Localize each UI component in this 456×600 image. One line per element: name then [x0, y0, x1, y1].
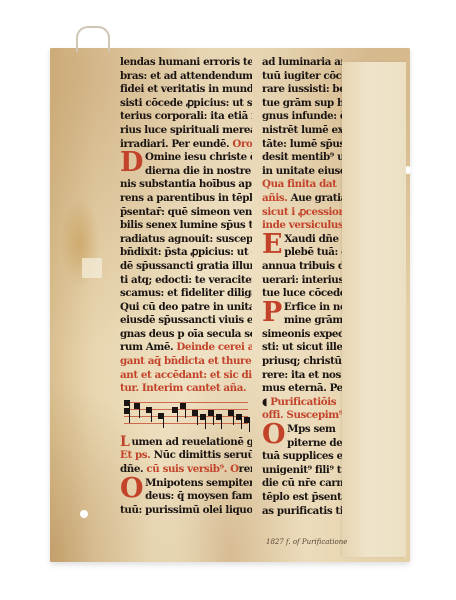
note-stem: [197, 415, 198, 425]
note-stem: [241, 419, 242, 429]
text-line: terius corporali: ita etiā inte: [120, 110, 252, 124]
note-stem: [205, 419, 206, 429]
text-line: DOmine iesu christe q̄ ho: [120, 151, 252, 165]
text-line: OMnipotens sempiterne: [120, 477, 252, 491]
note-stem: [139, 408, 140, 418]
text-line: die cū nr̄e carnis su: [262, 477, 342, 491]
text-line: annua tribuis de: [262, 260, 342, 274]
text-line: simeonis expectat: [262, 328, 342, 342]
text-line: bras: et ad attendendum lucē: [120, 70, 252, 84]
text-line: inde versiculus.: [262, 219, 342, 233]
text-line: radiatus agnouit: suscepit: et: [120, 233, 252, 247]
rubricated-initial: D: [120, 151, 143, 175]
text-line: sicut i ꝓcessionali: [262, 206, 342, 220]
folded-strip: [342, 62, 406, 557]
text-line: tuū: purissimū olei liquorem: [120, 504, 252, 518]
rubricated-initial: P: [262, 301, 282, 325]
text-line: priusq; christū dñ: [262, 355, 342, 369]
text-line: tuā supplices exor: [262, 450, 342, 464]
note-stem: [151, 412, 152, 422]
text-line: eiusdē sp̄ussancti viuis et re: [120, 314, 252, 328]
text-line: nistrēt lumē ex teri: [262, 124, 342, 138]
note-stem: [213, 415, 214, 425]
text-line: OMps sem: [262, 423, 342, 437]
text-line: ant et accēdant: et sic distribuā: [120, 369, 252, 383]
paper-patch: [82, 258, 102, 278]
text-line: rius luce spirituali mereamur: [120, 124, 252, 138]
text-line: sti: ut sicut ille mor: [262, 341, 342, 355]
text-line: EXaudi dñe q: [262, 233, 342, 247]
note-stem: [177, 412, 178, 422]
note-stem: [163, 418, 164, 428]
text-line: gnas deus p oīa secula seculo: [120, 328, 252, 342]
text-line: uerari: interius a: [262, 274, 342, 288]
paragraph-mark-icon: ◖: [262, 396, 270, 408]
binding-string: [76, 26, 110, 52]
text-line: as purificatis tibi: [262, 505, 342, 519]
rubricated-initial: O: [120, 477, 143, 501]
text-line: p̄sentar̄: quē simeon venera: [120, 206, 252, 220]
note-stem: [185, 408, 186, 418]
text-line: mus eternā. Per: [262, 382, 342, 396]
text-line: nis substantia hoībus appa: [120, 178, 252, 192]
staff-line: [124, 423, 248, 424]
text-line: bn̄dixit: p̄sta ꝓpicius: ut eius: [120, 246, 252, 260]
text-line: tue grām sup hos: [262, 97, 342, 111]
text-line: ◖ Purificatiōis: [262, 396, 342, 410]
text-line: tur. Interim cantet aña.: [120, 382, 252, 396]
note-stem: [249, 422, 250, 432]
text-line: unigenit⁹ fili⁹ tu: [262, 464, 342, 478]
manuscript-leaf: lendas humani erroris tene bras: et ad a…: [50, 48, 410, 562]
note-stem: [233, 415, 234, 425]
text-line: rum Amē. Deinde cerei asper: [120, 341, 252, 355]
text-line: Et ps. Nūc dimittis seruū tuum: [120, 449, 252, 463]
text-line: lendas humani erroris tene: [120, 56, 252, 70]
right-text-column: ad luminaria am tuū iugiter cōcen rare i…: [262, 56, 342, 518]
text-line: tāte: lumē sp̄us ti: [262, 138, 342, 152]
worm-hole: [80, 510, 88, 518]
text-line: gnus infunde: q̄ti: [262, 110, 342, 124]
text-line: tēplo est p̄sentar̄: u: [262, 491, 342, 505]
text-line: in unitate eiusdē: [262, 165, 342, 179]
text-line: tuū iugiter cōcen: [262, 70, 342, 84]
text-line: irradiari. Per eundē. Oro.: [120, 138, 252, 152]
handwritten-annotation: 1827 f. of Purificatione: [266, 538, 347, 546]
rubricated-initial: O: [262, 423, 285, 447]
text-line: gant aq̄ bn̄dicta et thure adole: [120, 355, 252, 369]
text-line: offi. Suscepim⁹. ps.: [262, 409, 342, 423]
rubricated-initial: L: [120, 436, 129, 449]
text-line: fidei et veritatis in mundū in: [120, 83, 252, 97]
text-line: PErfice in no: [262, 301, 342, 315]
note-stem: [129, 413, 130, 423]
left-text-column: lendas humani erroris tene bras: et ad a…: [120, 56, 252, 517]
text-line: sisti cōcede ꝓpicius: ut sicut ex: [120, 97, 252, 111]
staff-line: [124, 416, 248, 417]
text-line: dē sp̄ussancti gratia illumina: [120, 260, 252, 274]
note-stem: [221, 419, 222, 429]
text-line: bilis senex lumine sp̄us tui ir: [120, 219, 252, 233]
text-line: ti atq; edocti: te veraciter agno: [120, 274, 252, 288]
text-line: ad luminaria am: [262, 56, 342, 70]
text-line: rens a parentibus in tēplo es: [120, 192, 252, 206]
text-line: dñe. cū suis versib⁹. Oremus: [120, 463, 252, 477]
rubricated-initial: E: [262, 233, 282, 257]
text-line: desit mentib⁹ uice: [262, 151, 342, 165]
text-line: Lumen ad reuelationē gentiū: [120, 436, 252, 450]
text-line: añis. Aue gratia pl: [262, 192, 342, 206]
text-line: tue luce cōcede. I: [262, 287, 342, 301]
chant-notation: [120, 398, 252, 430]
text-line: rare iussisti: bene: [262, 83, 342, 97]
text-line: Qui cū deo patre in unitate: [120, 301, 252, 315]
text-line: rere: ita et nos uit: [262, 369, 342, 383]
staff-line: [124, 402, 248, 403]
text-line: Qua finita dat: [262, 178, 342, 192]
text-line: scamus: et fideliter diligamus: [120, 287, 252, 301]
